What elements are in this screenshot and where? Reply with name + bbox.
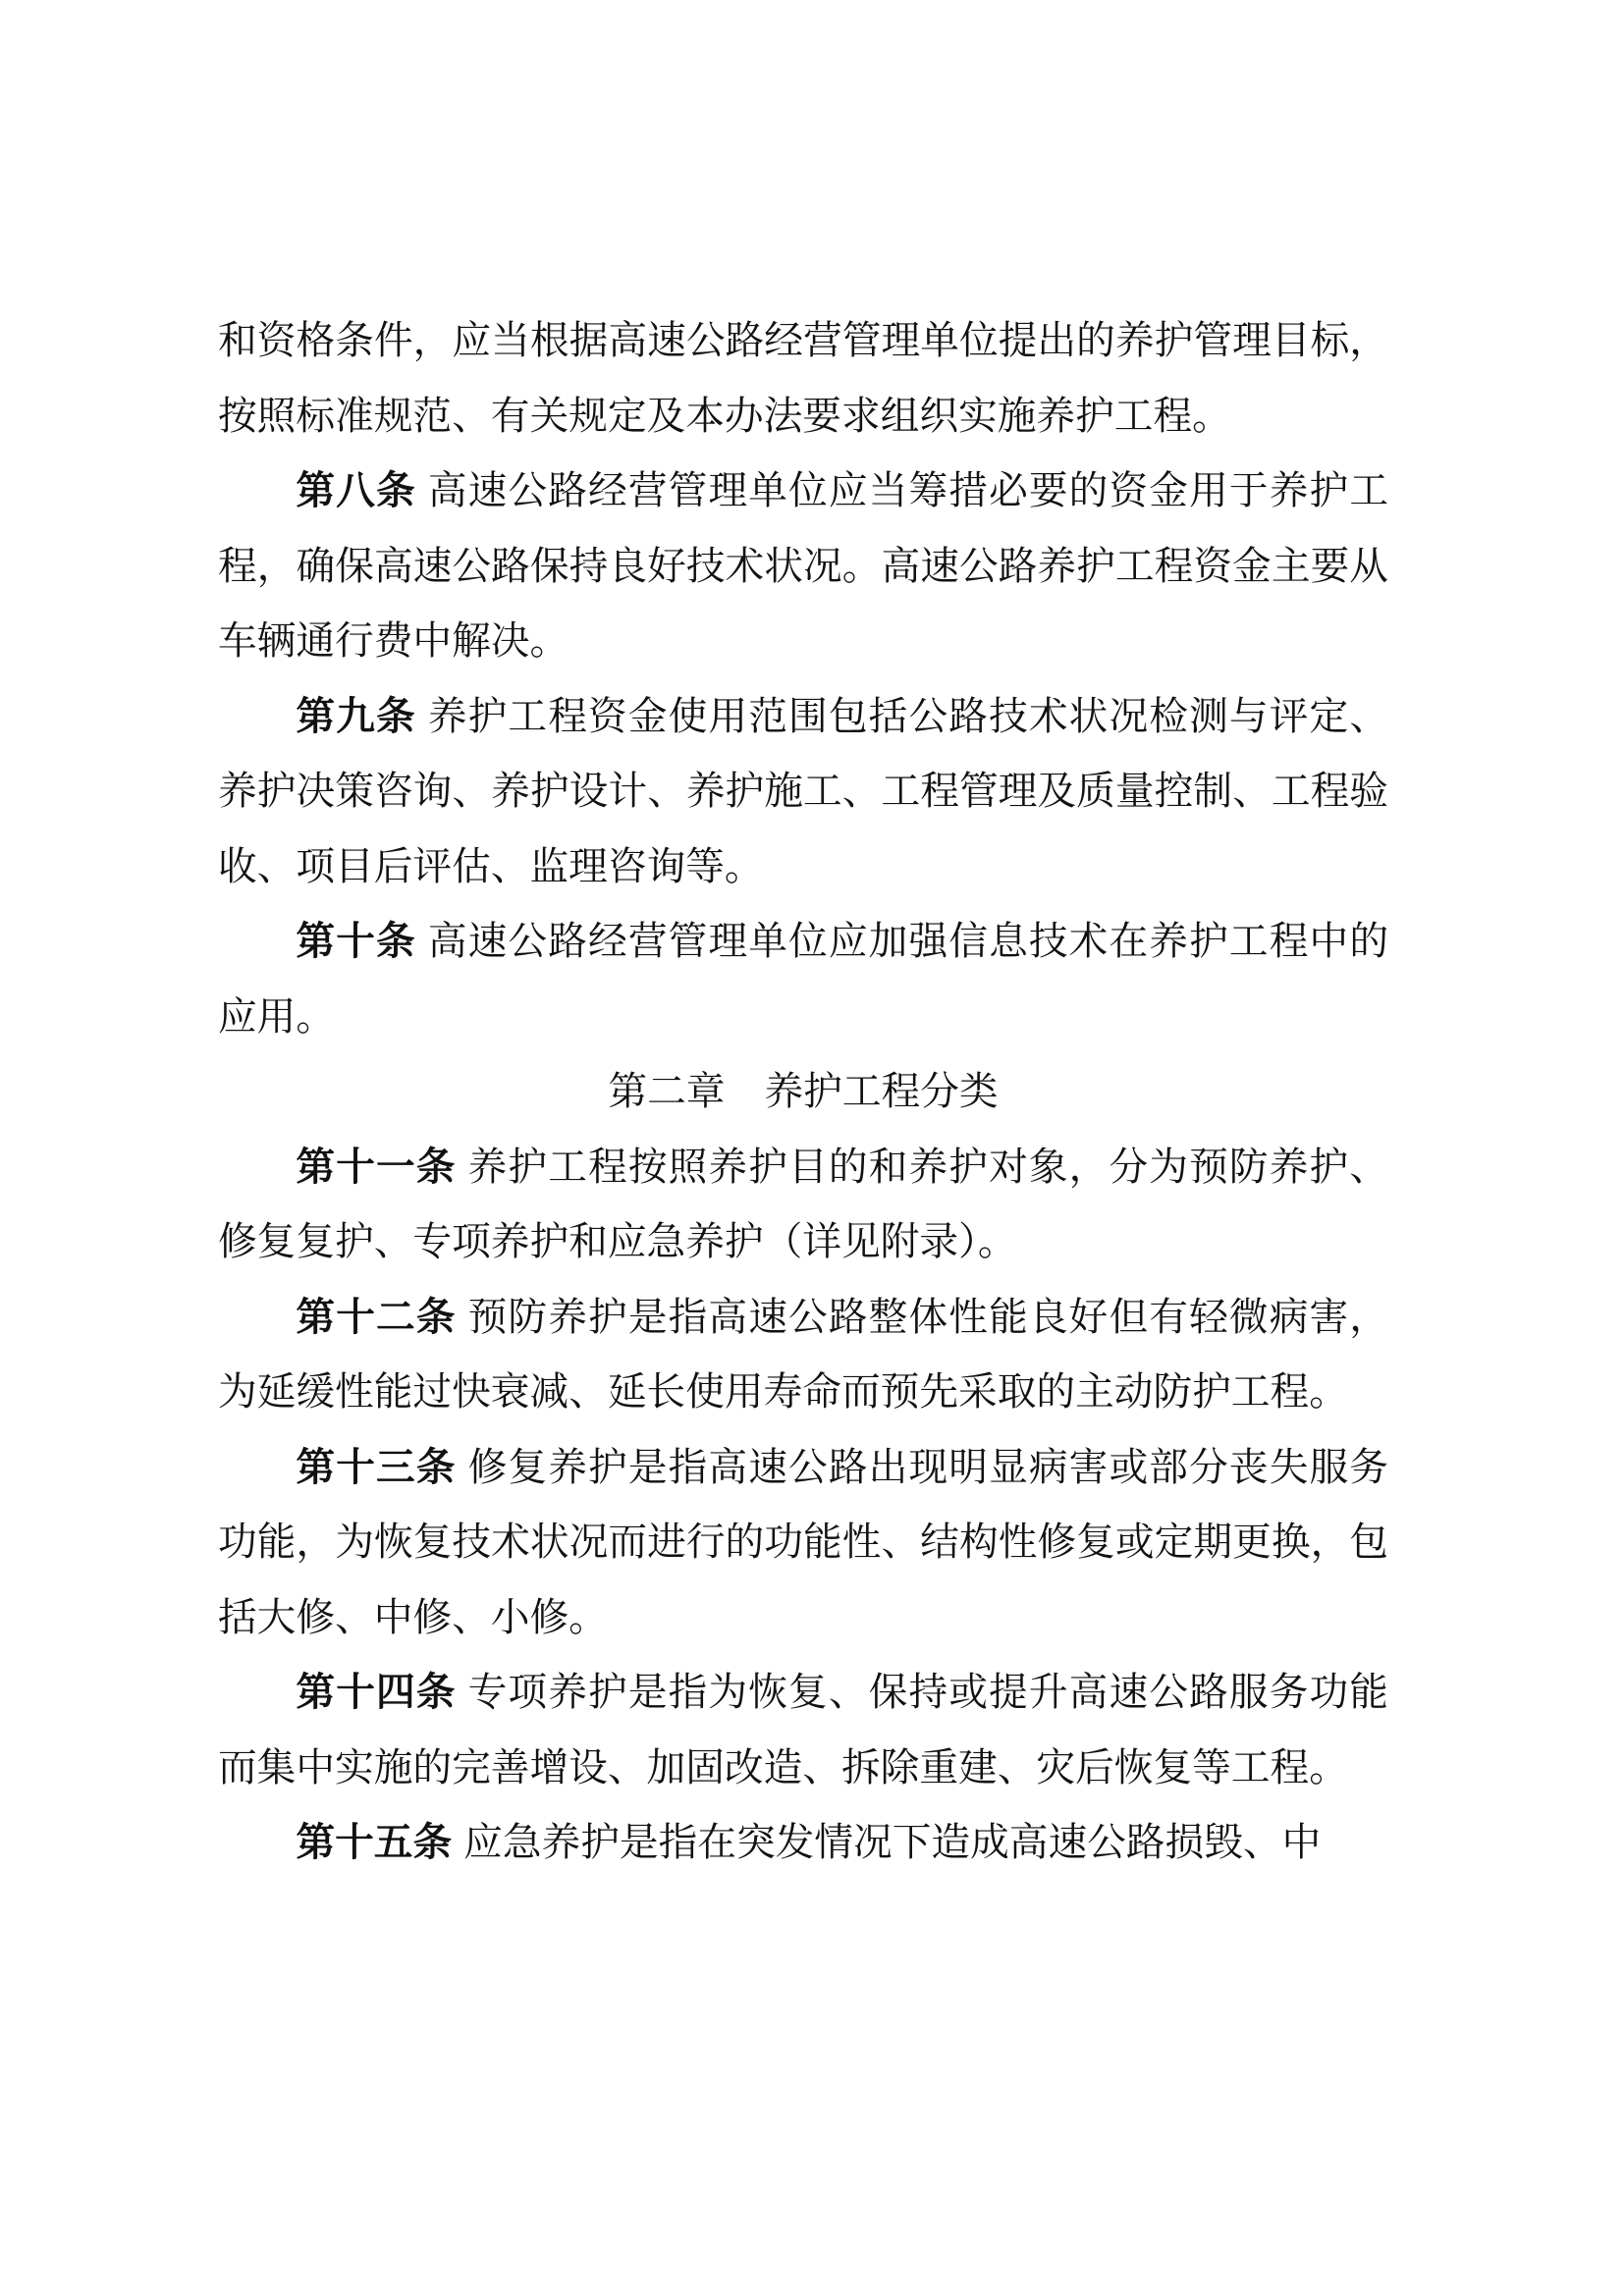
article-number: 第十二条 (296, 1295, 456, 1340)
article-number: 第十一条 (296, 1145, 456, 1190)
article-number: 第十四条 (296, 1670, 456, 1715)
article-number: 第十条 (296, 919, 415, 964)
article-15: 第十五条应急养护是指在突发情况下造成高速公路损毁、中 (218, 1805, 1388, 1881)
continuation-paragraph: 和资格条件，应当根据高速公路经营管理单位提出的养护管理目标，按照标准规范、有关规… (218, 303, 1388, 454)
article-text: 应急养护是指在突发情况下造成高速公路损毁、中 (463, 1820, 1321, 1865)
chapter-heading: 第二章养护工程分类 (218, 1054, 1388, 1130)
article-number: 第九条 (296, 694, 415, 739)
chapter-title: 养护工程分类 (764, 1069, 998, 1114)
article-11: 第十一条养护工程按照养护目的和养护对象，分为预防养护、修复复护、专项养护和应急养… (218, 1130, 1388, 1280)
article-number: 第八条 (296, 468, 415, 513)
article-9: 第九条养护工程资金使用范围包括公路技术状况检测与评定、养护决策咨询、养护设计、养… (218, 679, 1388, 905)
article-14: 第十四条专项养护是指为恢复、保持或提升高速公路服务功能而集中实施的完善增设、加固… (218, 1655, 1388, 1805)
document-page: 和资格条件，应当根据高速公路经营管理单位提出的养护管理目标，按照标准规范、有关规… (218, 303, 1388, 1881)
article-8: 第八条高速公路经营管理单位应当筹措必要的资金用于养护工程，确保高速公路保持良好技… (218, 454, 1388, 679)
article-number: 第十三条 (296, 1445, 456, 1490)
article-12: 第十二条预防养护是指高速公路整体性能良好但有轻微病害，为延缓性能过快衰减、延长使… (218, 1280, 1388, 1430)
article-13: 第十三条修复养护是指高速公路出现明显病害或部分丧失服务功能，为恢复技术状况而进行… (218, 1430, 1388, 1656)
chapter-number: 第二章 (608, 1069, 725, 1114)
article-number: 第十五条 (296, 1820, 452, 1865)
article-10: 第十条高速公路经营管理单位应加强信息技术在养护工程中的应用。 (218, 904, 1388, 1054)
